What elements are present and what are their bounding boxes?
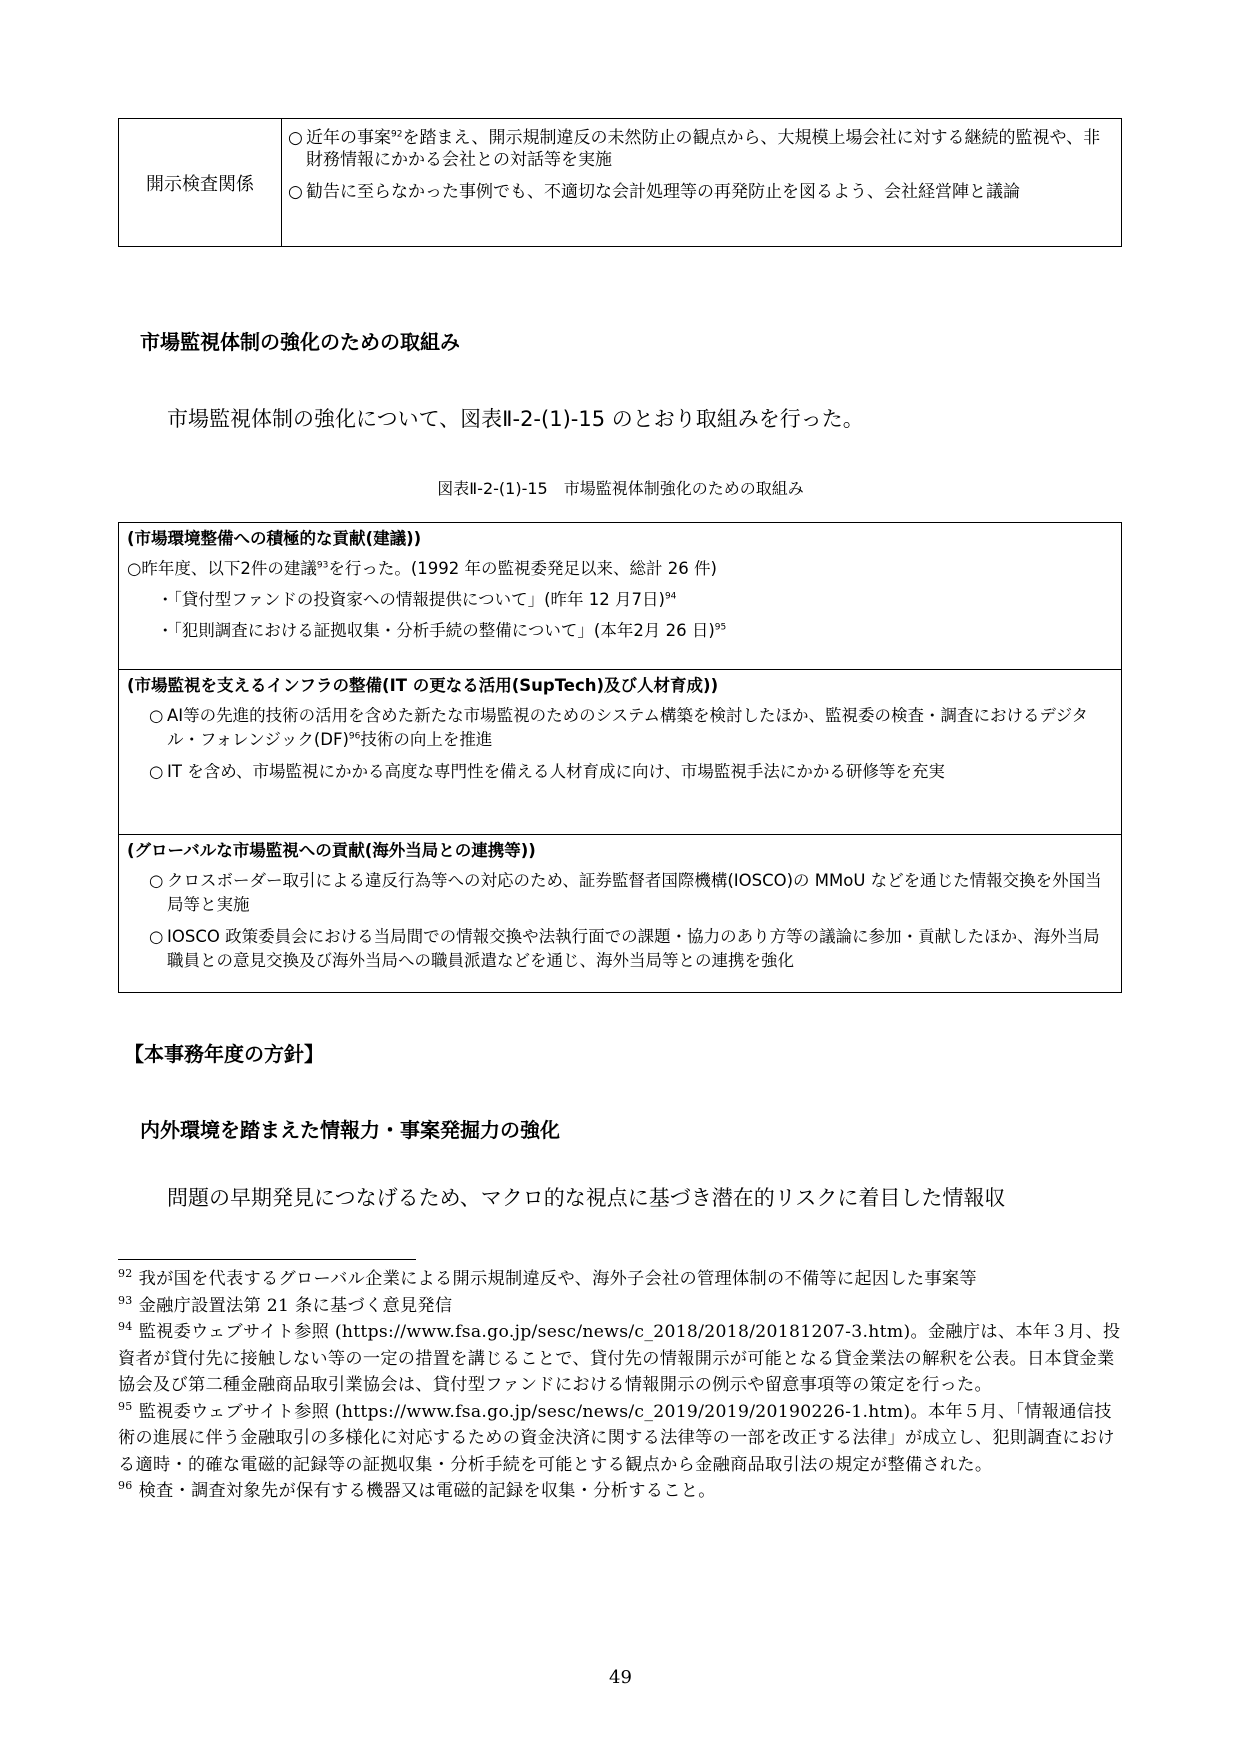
footnote-ref-94[interactable]: 94 bbox=[665, 592, 676, 602]
figure-line: ・「貸付型ファンドの投資家への情報提供について」(昨年 12 月7日)94 bbox=[127, 588, 1113, 612]
policy-body-text: 問題の早期発見につなげるため、マクロ的な視点に基づき潜在的リスクに着目した情報収 bbox=[167, 1182, 1005, 1212]
table-content-cell: ○ 近年の事案92を踏まえ、開示規制違反の未然防止の観点から、大規模上場会社に対… bbox=[282, 119, 1121, 246]
figure-item: ○ AI等の先進的技術の活用を含めた新たな市場監視のためのシステム構築を検討した… bbox=[127, 704, 1113, 752]
figure-section-infrastructure: (市場監視を支えるインフラの整備(IT の更なる活用(SupTech)及び人材育… bbox=[119, 670, 1121, 835]
circle-bullet-icon: ○ bbox=[149, 925, 167, 973]
page-number: 49 bbox=[0, 1667, 1241, 1688]
policy-heading: 【本事務年度の方針】 bbox=[124, 1038, 324, 1067]
table-item: ○ 近年の事案92を踏まえ、開示規制違反の未然防止の観点から、大規模上場会社に対… bbox=[288, 127, 1113, 171]
section-heading: 市場監視体制の強化のための取組み bbox=[140, 326, 460, 355]
footnote-96: 96検査・調査対象先が保有する機器又は電磁的記録を収集・分析すること。 bbox=[118, 1478, 1124, 1505]
circle-bullet-icon: ○ bbox=[149, 869, 167, 917]
disclosure-inspection-table: 開示検査関係 ○ 近年の事案92を踏まえ、開示規制違反の未然防止の観点から、大規… bbox=[118, 118, 1122, 247]
circle-bullet-icon: ○ bbox=[288, 181, 306, 203]
figure-box: (市場環境整備への積極的な貢献(建議)) ○昨年度、以下2件の建議93を行った。… bbox=[118, 522, 1122, 993]
section-body-text: 市場監視体制の強化について、図表Ⅱ-2-(1)-15 のとおり取組みを行った。 bbox=[167, 403, 864, 433]
figure-section-contribution: (市場環境整備への積極的な貢献(建議)) ○昨年度、以下2件の建議93を行った。… bbox=[119, 523, 1121, 670]
circle-bullet-icon: ○ bbox=[149, 704, 167, 752]
footnote-93: 93金融庁設置法第 21 条に基づく意見発信 bbox=[118, 1293, 1124, 1320]
circle-bullet-icon: ○ bbox=[288, 127, 306, 171]
figure-item: ○ IOSCO 政策委員会における当局間での情報交換や法執行面での課題・協力のあ… bbox=[127, 925, 1113, 973]
footnote-94: 94監視委ウェブサイト参照 (https://www.fsa.go.jp/ses… bbox=[118, 1319, 1124, 1399]
policy-subheading: 内外環境を踏まえた情報力・事案発掘力の強化 bbox=[140, 1114, 560, 1143]
table-label-cell: 開示検査関係 bbox=[119, 119, 282, 246]
footnote-ref-95[interactable]: 95 bbox=[715, 623, 726, 633]
circle-bullet-icon: ○ bbox=[149, 760, 167, 784]
footnote-ref-93[interactable]: 93 bbox=[317, 561, 328, 571]
figure-section-title: (グローバルな市場監視への貢献(海外当局との連携等)) bbox=[127, 839, 1113, 863]
footnote-95: 95監視委ウェブサイト参照 (https://www.fsa.go.jp/ses… bbox=[118, 1399, 1124, 1479]
figure-section-title: (市場環境整備への積極的な貢献(建議)) bbox=[127, 527, 1113, 551]
figure-caption: 図表Ⅱ-2-(1)-15 市場監視体制強化のための取組み bbox=[0, 476, 1241, 499]
figure-section-title: (市場監視を支えるインフラの整備(IT の更なる活用(SupTech)及び人材育… bbox=[127, 674, 1113, 698]
figure-section-global: (グローバルな市場監視への貢献(海外当局との連携等)) ○ クロスボーダー取引に… bbox=[119, 835, 1121, 973]
footnote-ref-92[interactable]: 92 bbox=[391, 129, 402, 139]
footnote-separator bbox=[118, 1259, 416, 1260]
figure-line: ○昨年度、以下2件の建議93を行った。(1992 年の監視委発足以来、総計 26… bbox=[127, 557, 1113, 581]
figure-item: ○ クロスボーダー取引による違反行為等への対応のため、証券監督者国際機構(IOS… bbox=[127, 869, 1113, 917]
table-item: ○ 勧告に至らなかった事例でも、不適切な会計処理等の再発防止を図るよう、会社経営… bbox=[288, 181, 1113, 203]
figure-line: ・「犯則調査における証拠収集・分析手続の整備について」(本年2月 26 日)95 bbox=[127, 619, 1113, 643]
footnotes: 92我が国を代表するグローバル企業による開示規制違反や、海外子会社の管理体制の不… bbox=[118, 1266, 1124, 1505]
figure-item: ○ IT を含め、市場監視にかかる高度な専門性を備える人材育成に向け、市場監視手… bbox=[127, 760, 1113, 784]
footnote-ref-96[interactable]: 96 bbox=[349, 732, 360, 742]
footnote-92: 92我が国を代表するグローバル企業による開示規制違反や、海外子会社の管理体制の不… bbox=[118, 1266, 1124, 1293]
